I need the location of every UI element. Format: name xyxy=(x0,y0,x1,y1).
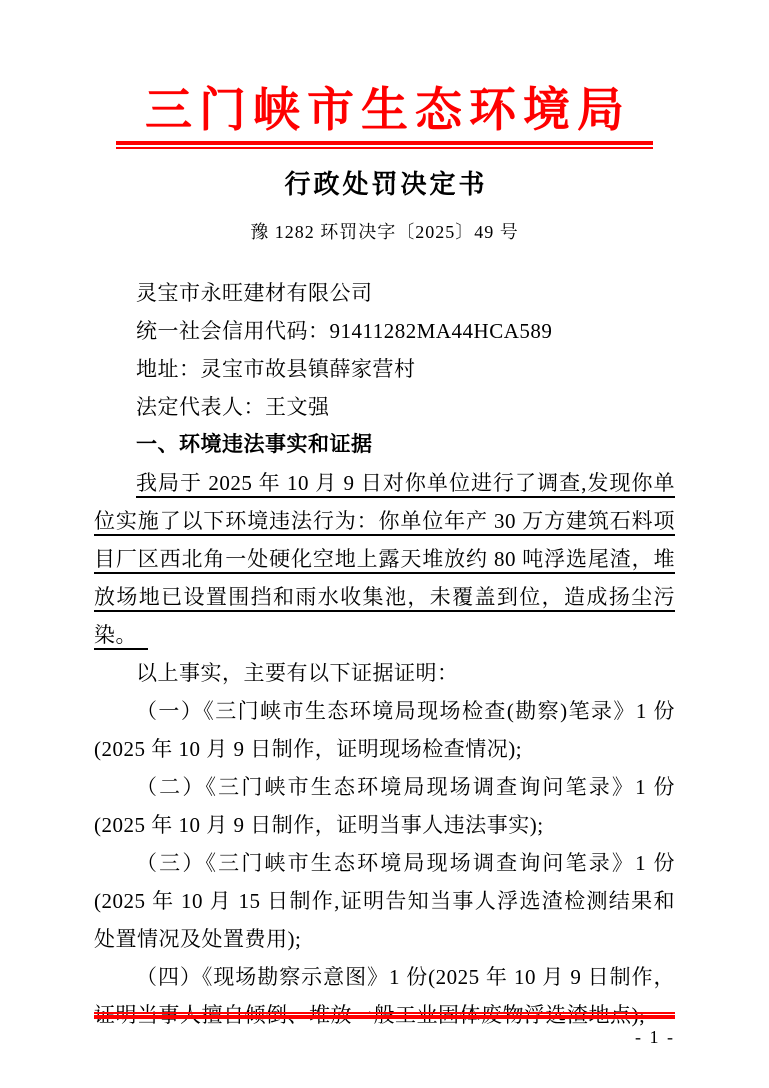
page-number: - 1 - xyxy=(94,1027,675,1049)
violation-fact-paragraph: 我局于 2025 年 10 月 9 日对你单位进行了调查,发现你单位实施了以下环… xyxy=(94,464,675,654)
agency-title: 三门峡市生态环境局 xyxy=(0,88,769,135)
recipient-credit-code: 统一社会信用代码：91411282MA44HCA589 xyxy=(94,312,675,350)
recipient-company: 灵宝市永旺建材有限公司 xyxy=(94,274,675,312)
evidence-item-2: （二）《三门峡市生态环境局现场调查询问笔录》1 份(2025 年 10 月 9 … xyxy=(94,768,675,844)
page-footer: - 1 - xyxy=(94,1012,675,1049)
violation-fact-underlined-text: 我局于 2025 年 10 月 9 日对你单位进行了调查,发现你单位实施了以下环… xyxy=(94,471,675,647)
footer-thick-line xyxy=(94,1015,675,1019)
document-body: 灵宝市永旺建材有限公司 统一社会信用代码：91411282MA44HCA589 … xyxy=(94,274,675,1034)
footer-red-divider xyxy=(94,1012,675,1019)
evidence-item-1: （一）《三门峡市生态环境局现场检查(勘察)笔录》1 份(2025 年 10 月 … xyxy=(94,692,675,768)
document-title: 行政处罚决定书 xyxy=(0,171,769,200)
penalty-decision-document: 三门峡市生态环境局 行政处罚决定书 豫 1282 环罚决字〔2025〕49 号 … xyxy=(0,0,769,1088)
divider-thin-line xyxy=(116,147,653,149)
recipient-legal-representative: 法定代表人：王文强 xyxy=(94,388,675,426)
section-heading-facts-and-evidence: 一、环境违法事实和证据 xyxy=(94,426,675,464)
letterhead-red-divider xyxy=(116,141,653,149)
document-number: 豫 1282 环罚决字〔2025〕49 号 xyxy=(0,223,769,243)
recipient-address: 地址：灵宝市故县镇薛家营村 xyxy=(94,350,675,388)
letterhead: 三门峡市生态环境局 行政处罚决定书 豫 1282 环罚决字〔2025〕49 号 xyxy=(0,0,769,242)
evidence-item-3: （三）《三门峡市生态环境局现场调查询问笔录》1 份(2025 年 10 月 15… xyxy=(94,844,675,958)
evidence-intro: 以上事实，主要有以下证据证明： xyxy=(94,654,675,692)
